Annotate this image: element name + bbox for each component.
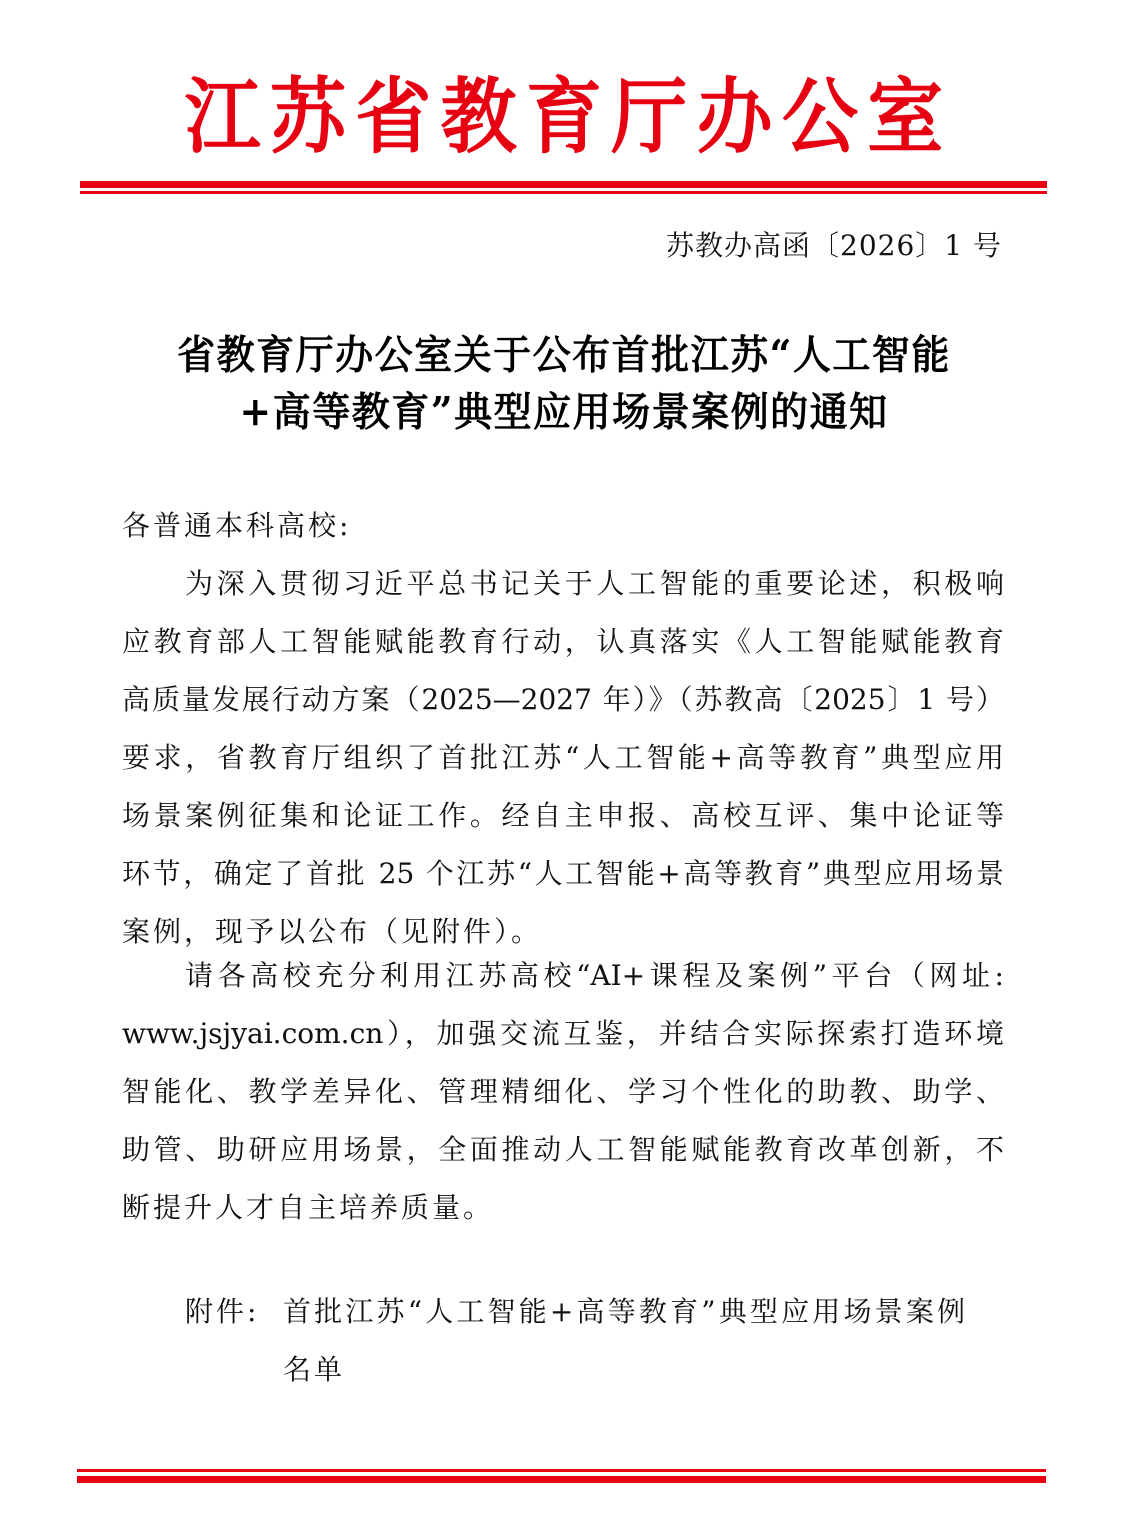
paragraph-line: 为深入贯彻习近平总书记关于人工智能的重要论述，积极响 [185,555,1004,613]
paragraph-line: 应教育部人工智能赋能教育行动，认真落实《人工智能赋能教育 [122,613,1004,671]
attachment-label: 附件: [185,1283,259,1341]
letterhead-char: 公 [777,76,862,158]
paragraph-line: 智能化、教学差异化、管理精细化、学习个性化的助教、助学、 [122,1063,1004,1121]
document-page: 江 苏 省 教 育 厅 办 公 室 苏教办高函〔2026〕1 号 省教育厅办公室… [0,0,1128,1533]
paragraph-line: 请各高校充分利用江苏高校“AI+课程及案例”平台（网址: [185,947,1004,1005]
letterhead-char: 教 [436,76,521,158]
footer-red-rule-thick [77,1476,1046,1483]
paragraph-line: 场景案例征集和论证工作。经自主申报、高校互评、集中论证等 [122,787,1004,845]
letterhead-red-rule-thin [80,191,1047,194]
letterhead-char: 省 [351,76,436,158]
paragraph-line: 要求，省教育厅组织了首批江苏“人工智能+高等教育”典型应用 [122,729,1004,787]
letterhead-title: 江 苏 省 教 育 厅 办 公 室 [180,62,948,172]
letterhead-char: 室 [863,76,948,158]
footer-red-rule-thin [77,1469,1046,1472]
paragraph-line: 高质量发展行动方案（2025—2027 年）》（苏教高〔2025〕1 号） [122,671,1004,729]
attachment-title-line-1: 首批江苏“人工智能+高等教育”典型应用场景案例 [283,1283,965,1341]
paragraph-line: 断提升人才自主培养质量。 [122,1179,1004,1237]
letterhead-char: 苏 [265,76,350,158]
letterhead-red-rule-thick [80,181,1047,188]
document-title-line-1: 省教育厅办公室关于公布首批江苏“人工智能 [110,326,1018,385]
letterhead-char: 厅 [607,76,692,158]
letterhead-char: 育 [521,76,606,158]
letterhead-char: 办 [692,76,777,158]
document-number: 苏教办高函〔2026〕1 号 [666,228,1002,264]
letterhead-char: 江 [180,76,265,158]
paragraph-line: www.jsjyai.com.cn），加强交流互鉴，并结合实际探索打造环境 [122,1005,1004,1063]
paragraph-line: 环节，确定了首批 25 个江苏“人工智能+高等教育”典型应用场景 [122,845,1004,903]
attachment-title-line-2: 名单 [283,1341,345,1399]
salutation: 各普通本科高校: [122,497,351,555]
document-title-line-2: +高等教育”典型应用场景案例的通知 [110,383,1018,442]
paragraph-line: 助管、助研应用场景，全面推动人工智能赋能教育改革创新，不 [122,1121,1004,1179]
